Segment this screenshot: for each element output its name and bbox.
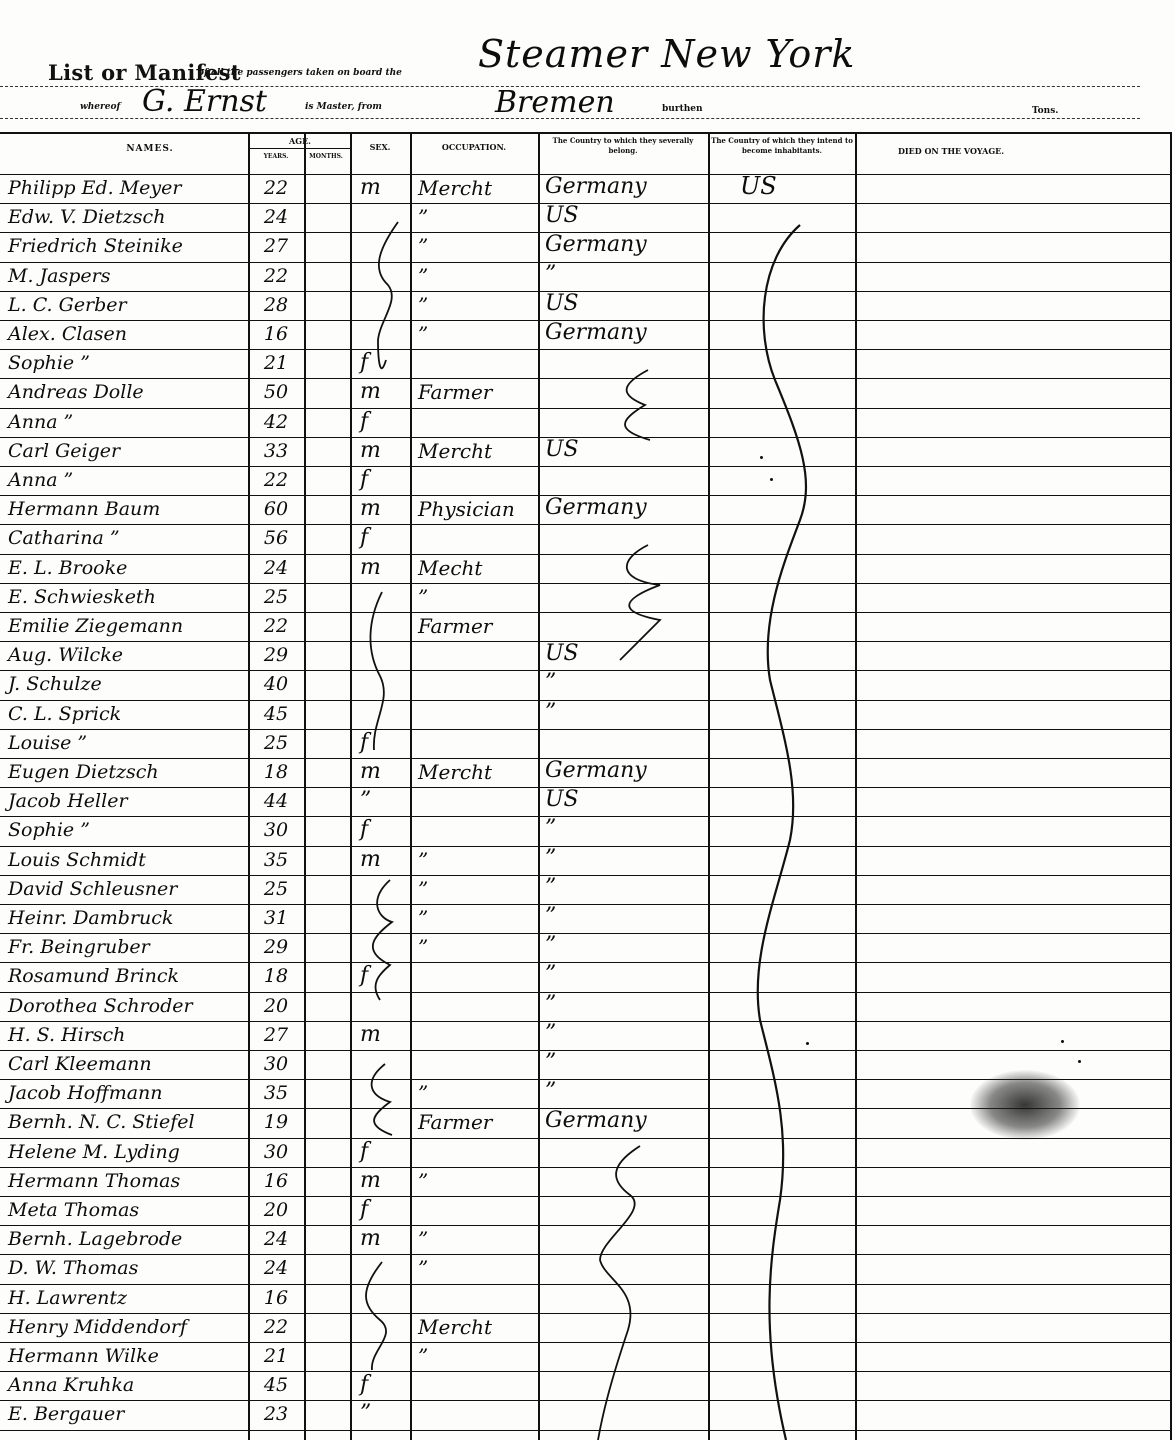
ditto-wave-intent xyxy=(758,225,806,1440)
ditto-wave-sex xyxy=(378,222,398,368)
ditto-wave-country xyxy=(620,545,660,660)
ditto-wave-sex xyxy=(373,880,392,1000)
ink-speck xyxy=(1061,1040,1064,1043)
ink-speck xyxy=(760,456,763,459)
ink-speck xyxy=(806,1042,809,1045)
ditto-marks xyxy=(0,0,1175,1440)
ditto-wave-sex xyxy=(372,1064,392,1135)
ditto-wave-sex xyxy=(370,592,383,750)
ink-speck xyxy=(1078,1060,1081,1063)
ink-speck xyxy=(770,478,773,481)
ditto-wave-sex xyxy=(366,1262,386,1370)
ink-smudge xyxy=(970,1070,1080,1140)
manifest-page: List or Manifest of all the passengers t… xyxy=(0,0,1175,1440)
ditto-wave-country xyxy=(598,1146,640,1440)
ditto-wave-country xyxy=(625,370,650,440)
